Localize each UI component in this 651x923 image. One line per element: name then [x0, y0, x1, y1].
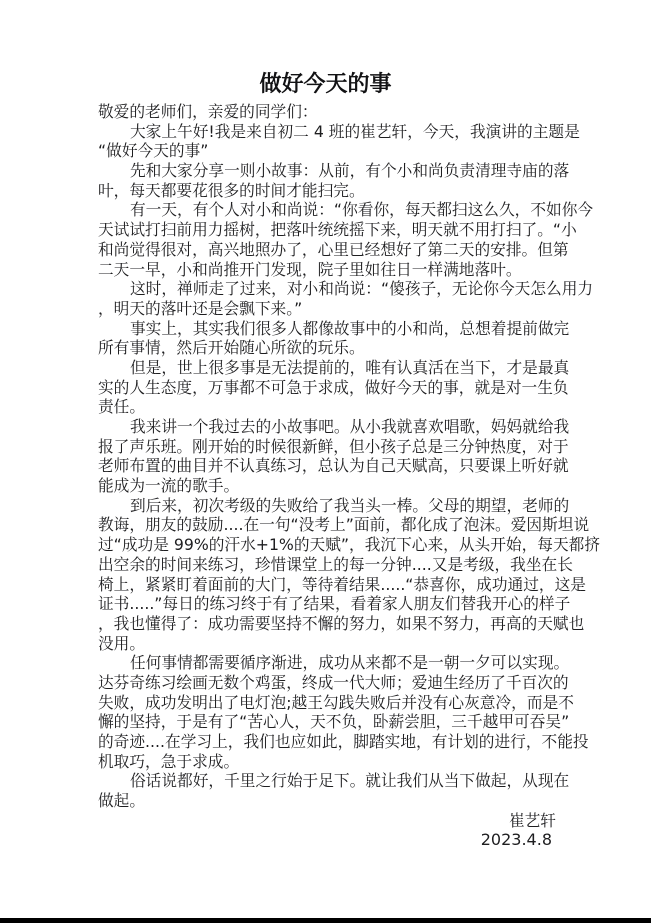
text-line: 我来讲一个我过去的小故事吧。从小我就喜欢唱歌，妈妈就给我: [98, 417, 556, 437]
text-line: 所有事情，然后开始随心所欲的玩乐。: [98, 338, 556, 358]
text-line: 过“成功是 99%的汗水+1%的天赋”，我沉下心来，从头开始，每天都挤: [98, 535, 556, 555]
text-line: 达芬奇练习绘画无数个鸡蛋，终成一代大师；爱迪生经历了千百次的: [98, 673, 556, 693]
text-line: 没用。: [98, 634, 556, 654]
text-line: 报了声乐班。刚开始的时候很新鲜，但小孩子总是三分钟热度，对于: [98, 437, 556, 457]
document-body: 敬爱的老师们，亲爱的同学们：大家上午好!我是来自初二 4 班的崔艺轩，今天，我演…: [98, 102, 556, 850]
document-page: 做好今天的事 敬爱的老师们，亲爱的同学们：大家上午好!我是来自初二 4 班的崔艺…: [0, 0, 651, 923]
text-line: 做起。: [98, 791, 556, 811]
text-line: 先和大家分享一则小故事：从前，有个小和尚负责清理寺庙的落: [98, 161, 556, 181]
text-line: 证书.....”每日的练习终于有了结果，看着家人朋友们替我开心的样子: [98, 594, 556, 614]
page-bottom-edge: [0, 918, 651, 923]
text-line: 任何事情都需要循序渐进，成功从来都不是一朝一夕可以实现。: [98, 653, 556, 673]
text-line: 懈的坚持，于是有了“苦心人，天不负，卧薪尝胆，三千越甲可吞吴”: [98, 712, 556, 732]
text-line: 教诲，朋友的鼓励....在一句“没考上”面前，都化成了泡沫。爱因斯坦说: [98, 515, 556, 535]
text-line: 敬爱的老师们，亲爱的同学们：: [98, 102, 556, 122]
text-line: ，明天的落叶还是会飘下来。”: [98, 299, 556, 319]
text-line: 实的人生态度，万事都不可急于求成，做好今天的事，就是对一生负: [98, 378, 556, 398]
text-line: 的奇迹....在学习上，我们也应如此，脚踏实地，有计划的进行，不能投: [98, 732, 556, 752]
text-line: 俗话说都好，千里之行始于足下。就让我们从当下做起，从现在: [98, 771, 556, 791]
text-line: 但是，世上很多事是无法提前的，唯有认真活在当下，才是最真: [98, 358, 556, 378]
text-line: 责任。: [98, 397, 556, 417]
body-lines: 敬爱的老师们，亲爱的同学们：大家上午好!我是来自初二 4 班的崔艺轩，今天，我演…: [98, 102, 556, 811]
text-line: 这时，禅师走了过来，对小和尚说：“傻孩子，无论你今天怎么用力: [98, 279, 556, 299]
text-line: 老师布置的曲目并不认真练习，总认为自己天赋高，只要课上听好就: [98, 456, 556, 476]
text-line: 二天一早，小和尚推开门发现，院子里如往日一样满地落叶。: [98, 260, 556, 280]
text-line: “做好今天的事”: [98, 141, 556, 161]
text-line: 叶，每天都要花很多的时间才能扫完。: [98, 181, 556, 201]
document-title: 做好今天的事: [0, 71, 651, 98]
signature: 崔艺轩: [98, 811, 556, 831]
text-line: 事实上，其实我们很多人都像故事中的小和尚，总想着提前做完: [98, 319, 556, 339]
text-line: 机取巧，急于求成。: [98, 752, 556, 772]
text-line: 出空余的时间来练习，珍惜课堂上的每一分钟....又是考级，我坐在长: [98, 555, 556, 575]
text-line: 天试试打扫前用力摇树，把落叶统统摇下来，明天就不用打扫了。“小: [98, 220, 556, 240]
text-line: 椅上，紧紧盯着面前的大门，等待着结果.....“恭喜你，成功通过，这是: [98, 575, 556, 595]
text-line: 有一天，有个人对小和尚说：“你看你，每天都扫这么久，不如你今: [98, 200, 556, 220]
date: 2023.4.8: [98, 830, 556, 850]
text-line: 到后来，初次考级的失败给了我当头一棒。父母的期望，老师的: [98, 496, 556, 516]
text-line: 大家上午好!我是来自初二 4 班的崔艺轩，今天，我演讲的主题是: [98, 122, 556, 142]
text-line: 和尚觉得很对，高兴地照办了，心里已经想好了第二天的安排。但第: [98, 240, 556, 260]
text-line: ，我也懂得了：成功需要坚持不懈的努力，如果不努力，再高的天赋也: [98, 614, 556, 634]
signature-block: 崔艺轩 2023.4.8: [98, 811, 556, 850]
text-line: 能成为一流的歌手。: [98, 476, 556, 496]
text-line: 失败，成功发明出了电灯泡;越王勾践失败后并没有心灰意冷，而是不: [98, 693, 556, 713]
